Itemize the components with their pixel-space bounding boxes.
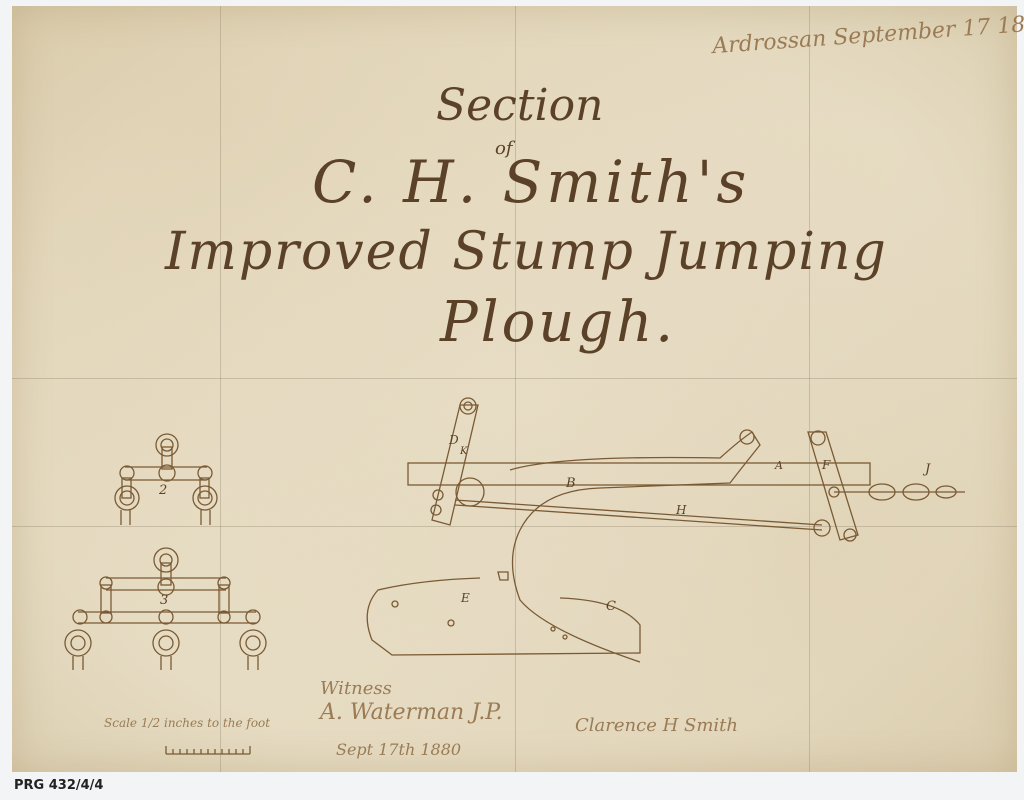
part-label-e: E bbox=[461, 591, 470, 605]
figure-label-3: 3 bbox=[160, 593, 168, 608]
part-label-f: F bbox=[822, 458, 830, 472]
archive-caption: PRG 432/4/4 bbox=[14, 778, 103, 793]
witness-name: A. Waterman J.P. bbox=[320, 700, 503, 725]
part-label-k: K bbox=[460, 446, 467, 457]
figure-3-linkage bbox=[65, 548, 266, 670]
part-label-d: D bbox=[449, 433, 459, 447]
part-label-c: C bbox=[606, 599, 616, 614]
figure-label-2: 2 bbox=[159, 483, 167, 498]
part-label-b: B bbox=[566, 476, 576, 491]
part-label-h: H bbox=[676, 503, 686, 517]
witness-label: Witness bbox=[320, 678, 392, 699]
figure-2-linkage bbox=[115, 434, 217, 525]
scale-bar bbox=[166, 746, 250, 754]
part-label-a: A bbox=[775, 459, 783, 472]
signature: Clarence H Smith bbox=[575, 715, 738, 736]
part-label-j: J bbox=[925, 462, 930, 477]
witness-date: Sept 17th 1880 bbox=[336, 740, 461, 759]
plough-drawing bbox=[0, 0, 1024, 800]
scale-note: Scale 1/2 inches to the foot bbox=[104, 716, 270, 730]
